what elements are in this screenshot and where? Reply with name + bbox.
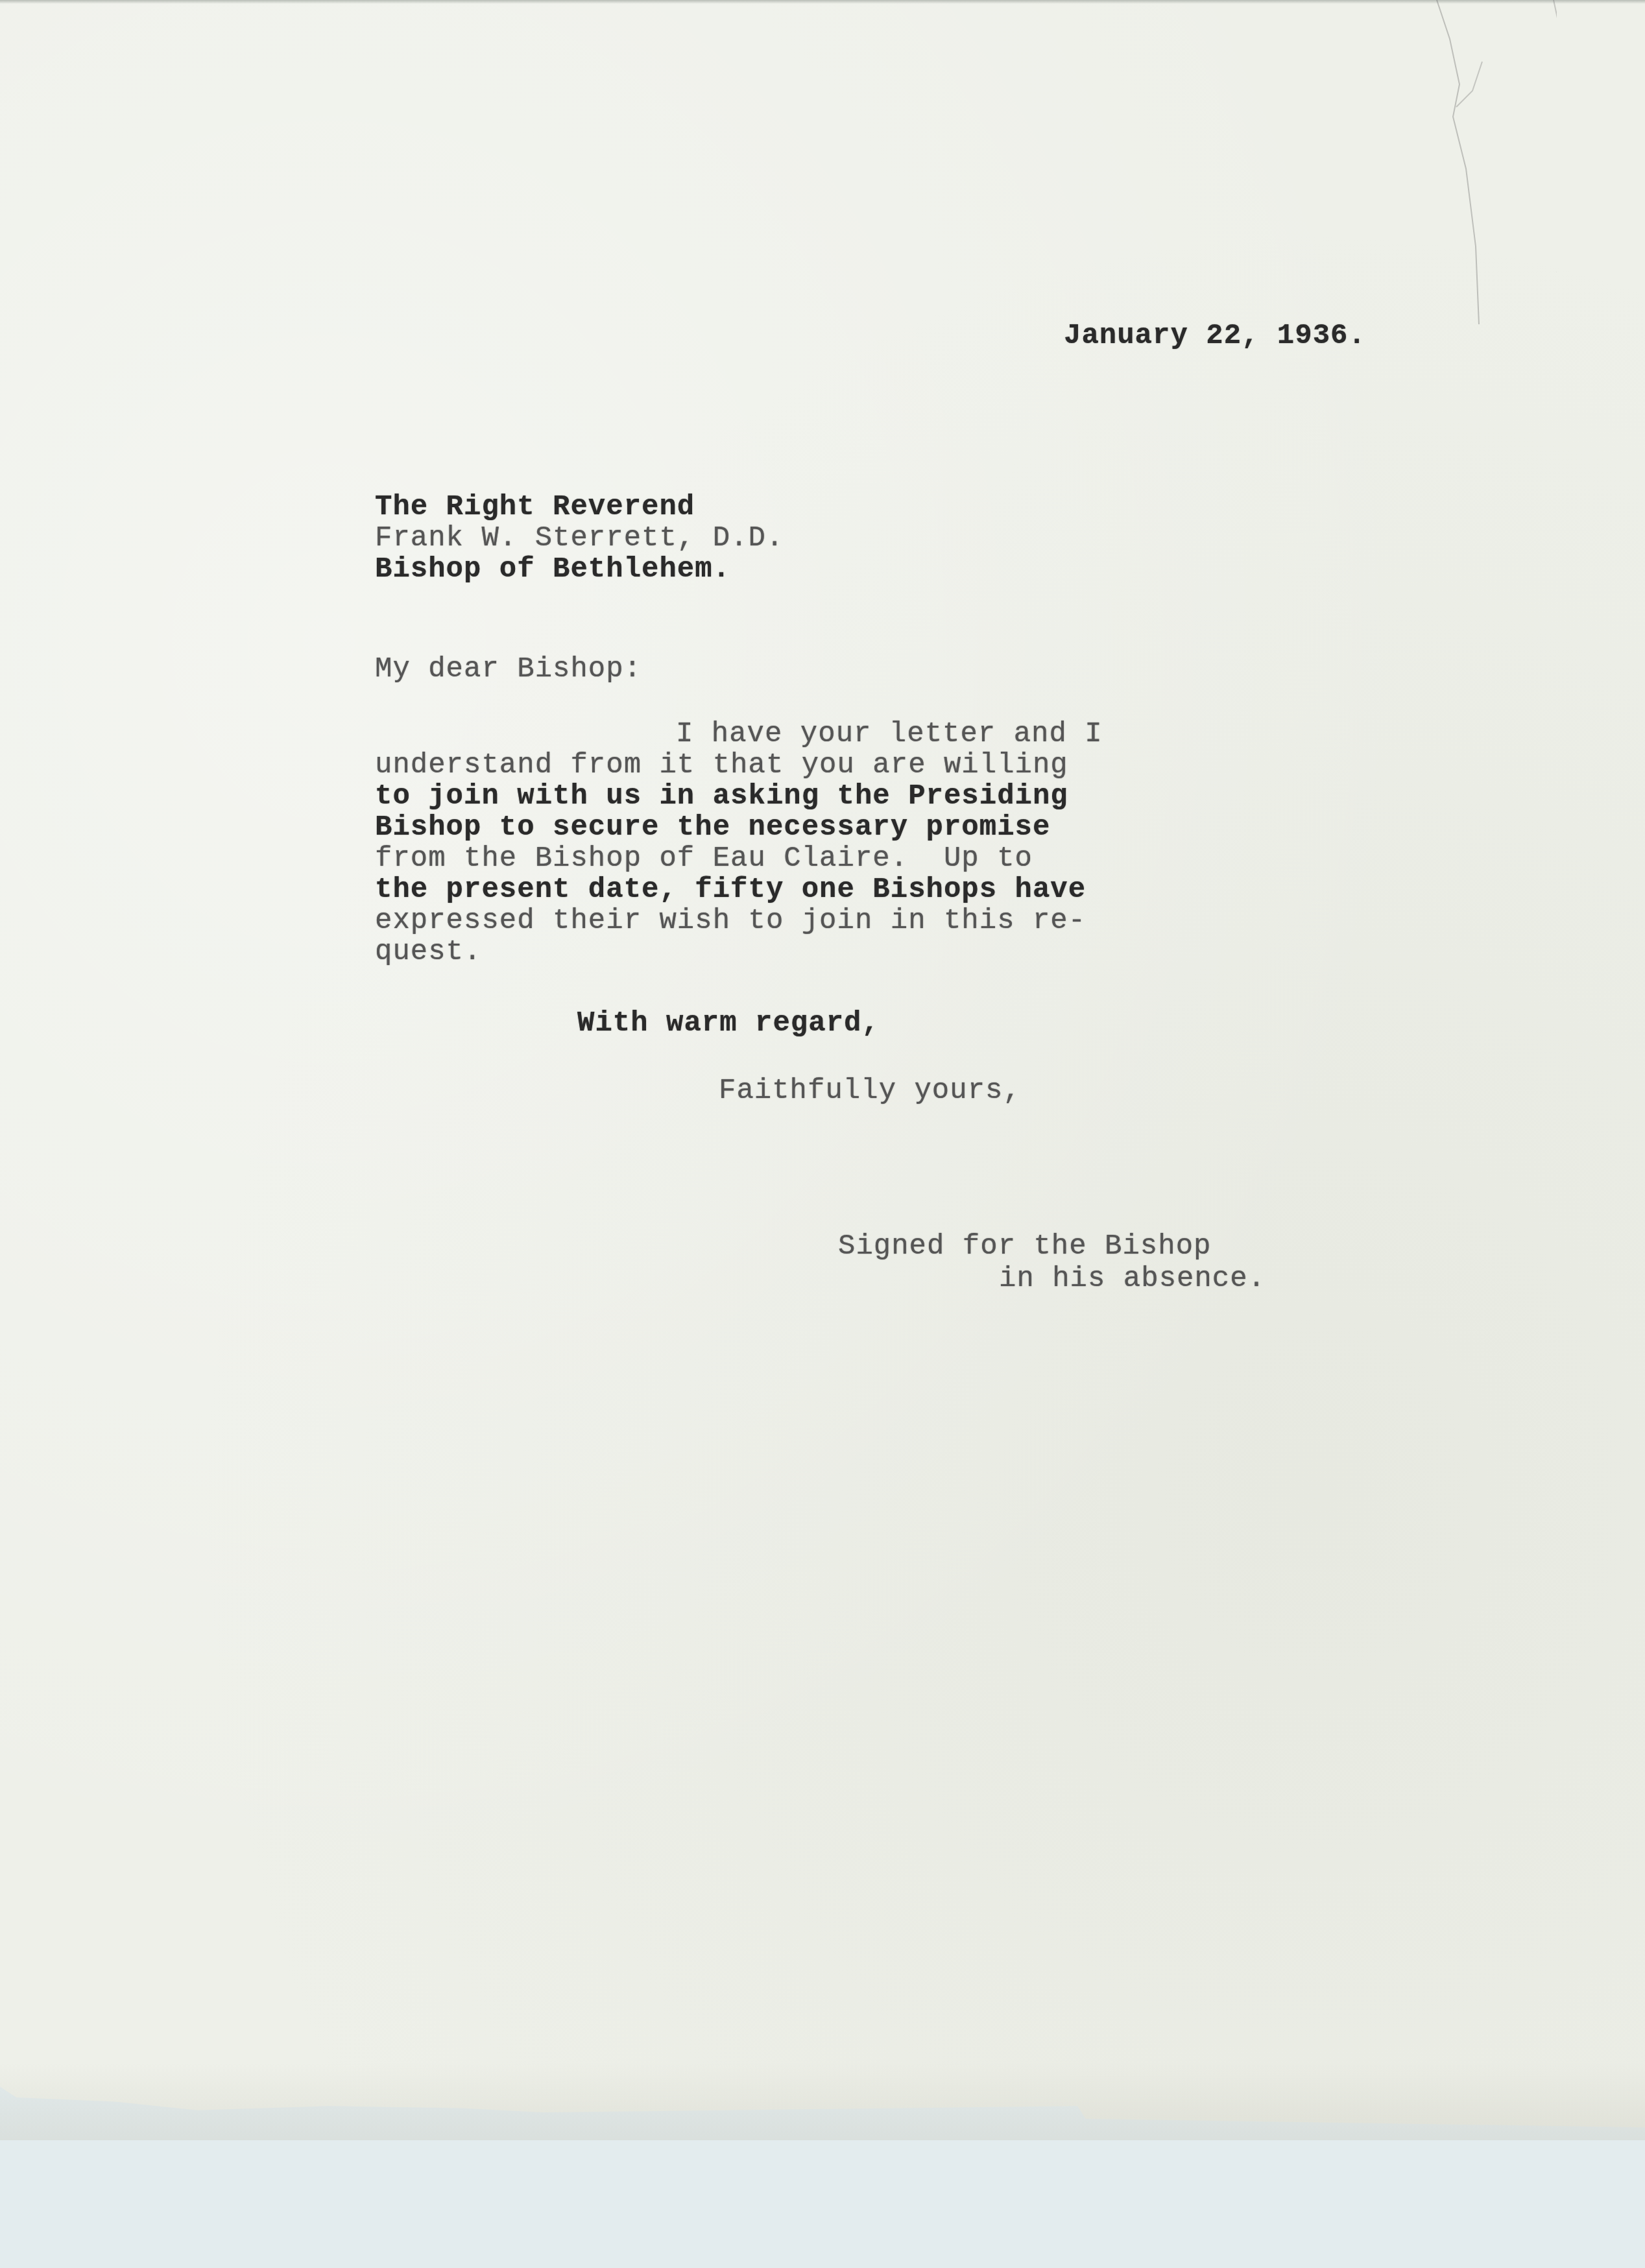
recipient-title: The Right Reverend [375, 493, 695, 521]
letter-date: January 22, 1936. [1064, 322, 1366, 350]
body-line: Bishop to secure the necessary promise [375, 813, 1050, 842]
recipient-name: Frank W. Sterrett, D.D. [375, 524, 784, 553]
pencil-marks [1362, 0, 1557, 324]
body-line: I have your letter and I [676, 720, 1103, 748]
closing-faithfully: Faithfully yours, [719, 1077, 1021, 1105]
paper-bottom-fold [0, 2062, 1645, 2140]
body-line: from the Bishop of Eau Claire. Up to [375, 844, 1033, 873]
body-line: expressed their wish to join in this re- [375, 907, 1086, 935]
signature-line-1: Signed for the Bishop [838, 1232, 1212, 1261]
body-line: to join with us in asking the Presiding [375, 782, 1068, 811]
body-line: quest. [375, 938, 481, 966]
salutation: My dear Bishop: [375, 655, 642, 684]
body-line: understand from it that you are willing [375, 751, 1068, 780]
body-line: the present date, fifty one Bishops have [375, 876, 1086, 904]
closing-regard: With warm regard, [577, 1009, 880, 1038]
signature-line-2: in his absence. [999, 1265, 1266, 1293]
recipient-position: Bishop of Bethlehem. [375, 555, 730, 584]
